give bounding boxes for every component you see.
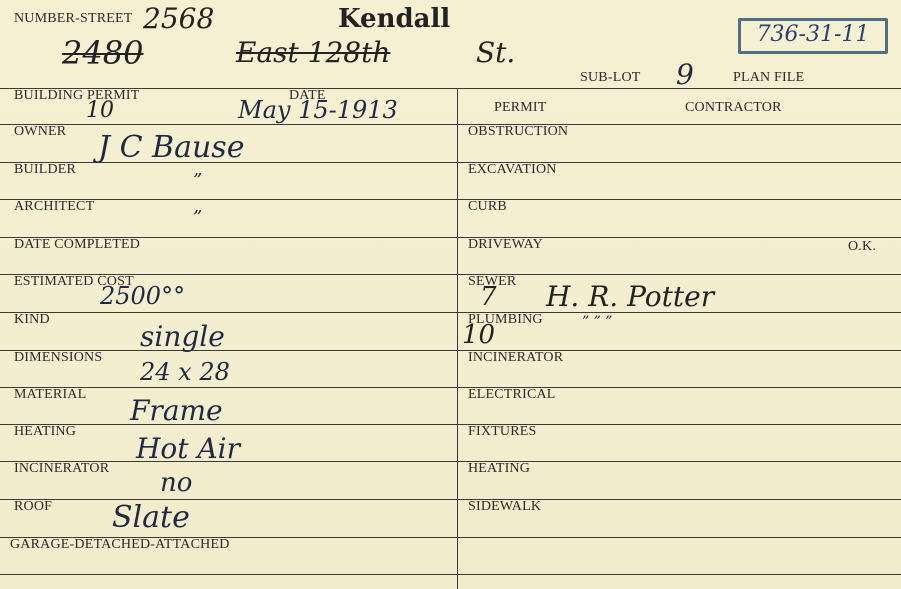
kind-value: single bbox=[140, 320, 225, 353]
dimensions-label: DIMENSIONS bbox=[14, 350, 102, 366]
sewer-permit: 7 bbox=[480, 282, 497, 312]
street-suffix: St. bbox=[476, 36, 515, 69]
date-completed-label: DATE COMPLETED bbox=[14, 237, 140, 253]
date-value: May 15-1913 bbox=[238, 96, 398, 124]
file-number-stamp: 736-31-11 bbox=[738, 18, 888, 54]
material-label: MATERIAL bbox=[14, 387, 86, 403]
material-value: Frame bbox=[130, 394, 223, 427]
heating-value: Hot Air bbox=[136, 432, 240, 465]
electrical-label: ELECTRICAL bbox=[468, 387, 556, 403]
incinerator-permit-label: INCINERATOR bbox=[468, 350, 563, 366]
owner-label: OWNER bbox=[14, 124, 66, 140]
building-permit-label: BUILDING PERMIT bbox=[14, 88, 140, 104]
kind-label: KIND bbox=[14, 312, 50, 328]
estimated-cost-value: 2500°° bbox=[100, 282, 185, 310]
heating-permit-label: HEATING bbox=[468, 461, 530, 477]
heating-label: HEATING bbox=[14, 424, 76, 440]
driveway-note: O.K. bbox=[848, 239, 876, 255]
roof-value: Slate bbox=[112, 500, 190, 535]
sub-lot-label: SUB-LOT bbox=[580, 70, 641, 86]
sidewalk-label: SIDEWALK bbox=[468, 499, 541, 515]
street-new: Kendall bbox=[338, 4, 450, 34]
excavation-label: EXCAVATION bbox=[468, 162, 557, 178]
incinerator-label: INCINERATOR bbox=[14, 461, 109, 477]
contractor-header: CONTRACTOR bbox=[685, 100, 782, 116]
sub-lot-value: 9 bbox=[676, 58, 694, 91]
obstruction-label: OBSTRUCTION bbox=[468, 124, 568, 140]
street-old: East 128th bbox=[236, 36, 390, 69]
curb-label: CURB bbox=[468, 199, 507, 215]
plumbing-permit: 10 bbox=[462, 320, 495, 350]
driveway-label: DRIVEWAY bbox=[468, 237, 543, 253]
architect-label: ARCHITECT bbox=[14, 199, 94, 215]
permit-header: PERMIT bbox=[494, 100, 547, 116]
garage-label: GARAGE-DETACHED-ATTACHED bbox=[10, 537, 230, 553]
number-new: 2568 bbox=[143, 2, 214, 35]
building-permit-value: 10 bbox=[86, 98, 114, 123]
dimensions-value: 24 x 28 bbox=[140, 358, 230, 386]
incinerator-value: no bbox=[160, 468, 192, 498]
builder-label: BUILDER bbox=[14, 162, 76, 178]
number-old: 2480 bbox=[62, 34, 143, 72]
number-street-label: NUMBER-STREET bbox=[14, 11, 133, 27]
column-divider bbox=[457, 88, 458, 589]
architect-value: ” bbox=[193, 207, 202, 228]
plan-file-label: PLAN FILE bbox=[733, 70, 804, 86]
sewer-contractor: H. R. Potter bbox=[546, 280, 714, 313]
owner-value: J C Bause bbox=[98, 130, 244, 165]
plumbing-contractor: ” ” ” bbox=[582, 314, 612, 330]
fixtures-label: FIXTURES bbox=[468, 424, 537, 440]
permit-card: NUMBER-STREET 2568 Kendall 2480 East 128… bbox=[0, 0, 901, 589]
roof-label: ROOF bbox=[14, 499, 52, 515]
builder-value: ” bbox=[193, 170, 202, 191]
